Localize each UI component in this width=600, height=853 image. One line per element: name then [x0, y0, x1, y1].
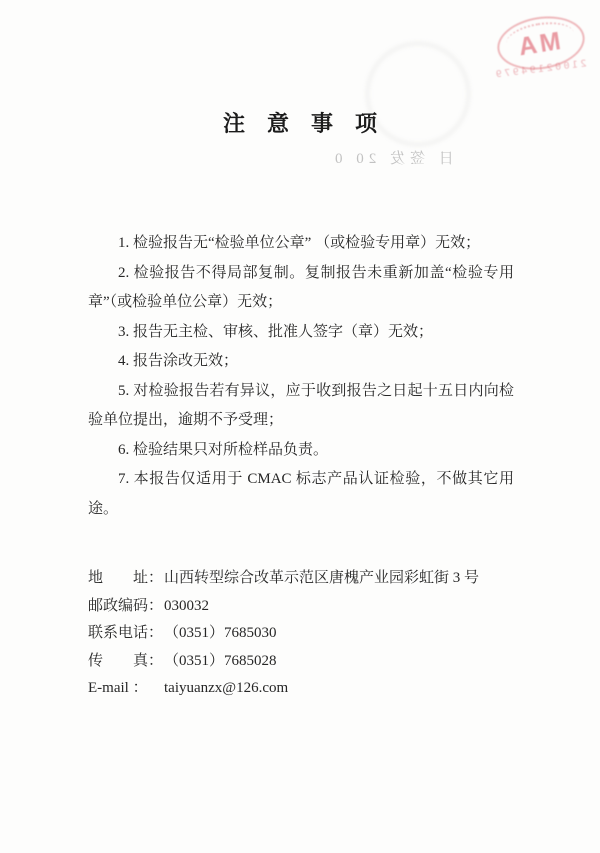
contact-label: 邮政编码： [88, 593, 164, 621]
contact-value: taiyuanzx@126.com [164, 675, 288, 703]
notice-item-3: 3. 报告无主检、审核、批准人签字（章）无效； [88, 318, 514, 348]
notice-item-6: 6. 检验结果只对所检样品负责。 [88, 436, 514, 466]
contact-row-phone: 联系电话：（0351）7685030 [88, 620, 548, 648]
scanned-document-page: AM 21002194979 日 签发 20 0 注意事项 1. 检验报告无“检… [0, 0, 600, 853]
notice-item-2: 2. 检验报告不得局部复制。复制报告未重新加盖“检验专用章”（或检验单位公章）无… [88, 259, 514, 318]
contact-value: （0351）7685030 [164, 620, 277, 648]
notice-item-7: 7. 本报告仅适用于 CMAC 标志产品认证检验，不做其它用途。 [88, 465, 514, 524]
contact-row-fax: 传 真：（0351）7685028 [88, 648, 548, 676]
contact-row-postcode: 邮政编码：030032 [88, 593, 548, 621]
page-title: 注意事项 [0, 107, 600, 138]
notice-item-4: 4. 报告涂改无效； [88, 347, 514, 377]
notice-list: 1. 检验报告无“检验单位公章” （或检验专用章）无效； 2. 检验报告不得局部… [88, 229, 514, 524]
contact-label: 传 真： [88, 648, 164, 676]
ink-bleed-mirrored-text: 日 签发 20 0 [330, 147, 454, 168]
contact-value: （0351）7685028 [164, 648, 277, 676]
contact-value: 山西转型综合改革示范区唐槐产业园彩虹街 3 号 [164, 565, 479, 593]
contact-value: 030032 [164, 593, 209, 621]
contact-label: E-mail ： [88, 675, 164, 703]
contact-row-email: E-mail ：taiyuanzx@126.com [88, 675, 548, 703]
notice-item-5: 5. 对检验报告若有异议，应于收到报告之日起十五日内向检验单位提出，逾期不予受理… [88, 377, 514, 436]
contact-label: 联系电话： [88, 620, 164, 648]
contact-row-address: 地 址：山西转型综合改革示范区唐槐产业园彩虹街 3 号 [88, 565, 548, 593]
stamp-letters: AM [517, 26, 566, 62]
notice-item-1: 1. 检验报告无“检验单位公章” （或检验专用章）无效； [88, 229, 514, 259]
contact-info-block: 地 址：山西转型综合改革示范区唐槐产业园彩虹街 3 号 邮政编码：030032 … [88, 565, 548, 703]
contact-label: 地 址： [88, 565, 164, 593]
